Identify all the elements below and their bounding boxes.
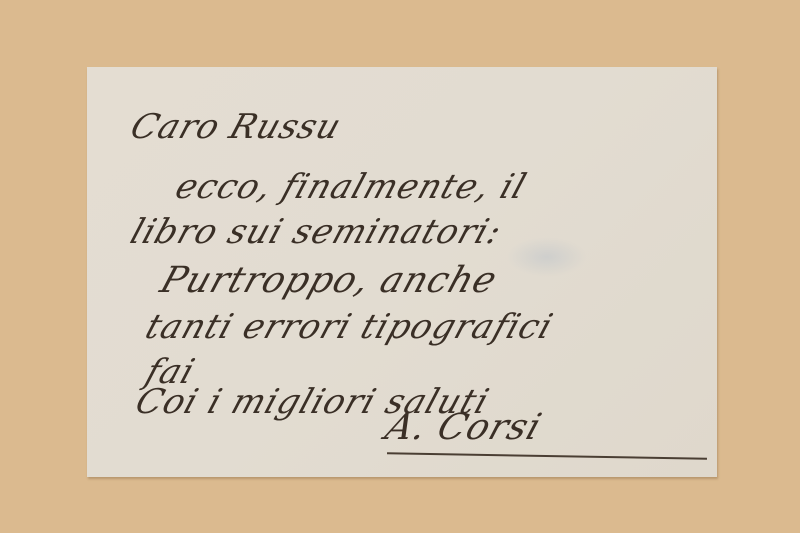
- signature-underline: [387, 452, 707, 459]
- ink-smudge: [507, 237, 587, 277]
- note-line-1: ecco, finalmente, il: [171, 167, 532, 207]
- salutation: Caro Russu: [126, 107, 347, 147]
- signature: A. Corsi: [380, 407, 547, 448]
- note-line-3: Purtroppo, anche: [155, 260, 502, 301]
- note-line-2: libro sui seminatori:: [126, 212, 508, 252]
- handwritten-note-card: Caro Russu ecco, finalmente, il libro su…: [87, 67, 717, 477]
- note-line-4: tanti errori tipografici: [141, 307, 559, 347]
